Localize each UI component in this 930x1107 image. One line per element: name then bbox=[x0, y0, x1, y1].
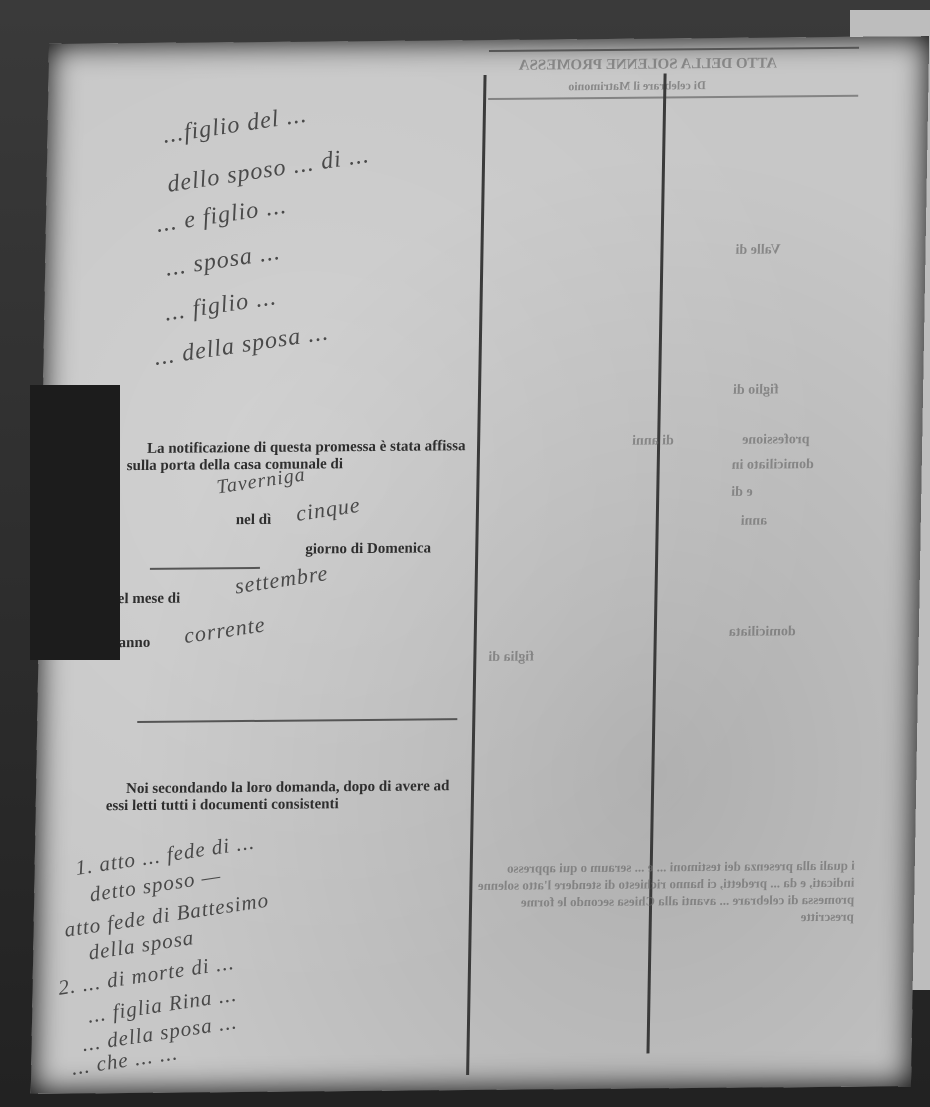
registry-page: ATTO DELLA SOLENNE PROMESSA Di celebrare… bbox=[31, 36, 929, 1094]
mirrored-header: ATTO DELLA SOLENNE PROMESSA bbox=[519, 56, 778, 75]
binding-tab bbox=[30, 385, 120, 660]
anno-label: anno bbox=[118, 635, 150, 652]
mirrored-label: figlio di bbox=[733, 382, 779, 398]
mirrored-label: domiciliata bbox=[729, 624, 796, 641]
mirrored-bottom-paragraph: i quali alla presenza dei testimoni ... … bbox=[474, 857, 855, 928]
mirrored-label: Valle di bbox=[735, 242, 780, 258]
mirrored-label: di anni bbox=[632, 433, 674, 449]
mirrored-label: anni bbox=[741, 514, 768, 530]
mirrored-label: e di bbox=[731, 485, 753, 501]
giorno-label: giorno di Domenica bbox=[305, 540, 431, 558]
mirrored-label: domiciliato in bbox=[732, 457, 814, 474]
mirrored-label: figlia di bbox=[488, 650, 534, 666]
mirrored-label: professione bbox=[742, 432, 810, 449]
nel-di-label: nel dì bbox=[236, 512, 272, 529]
documents-paragraph: Noi secondando la loro domanda, dopo di … bbox=[106, 778, 467, 815]
mirrored-subheader: Di celebrare il Matrimonio bbox=[568, 78, 706, 94]
